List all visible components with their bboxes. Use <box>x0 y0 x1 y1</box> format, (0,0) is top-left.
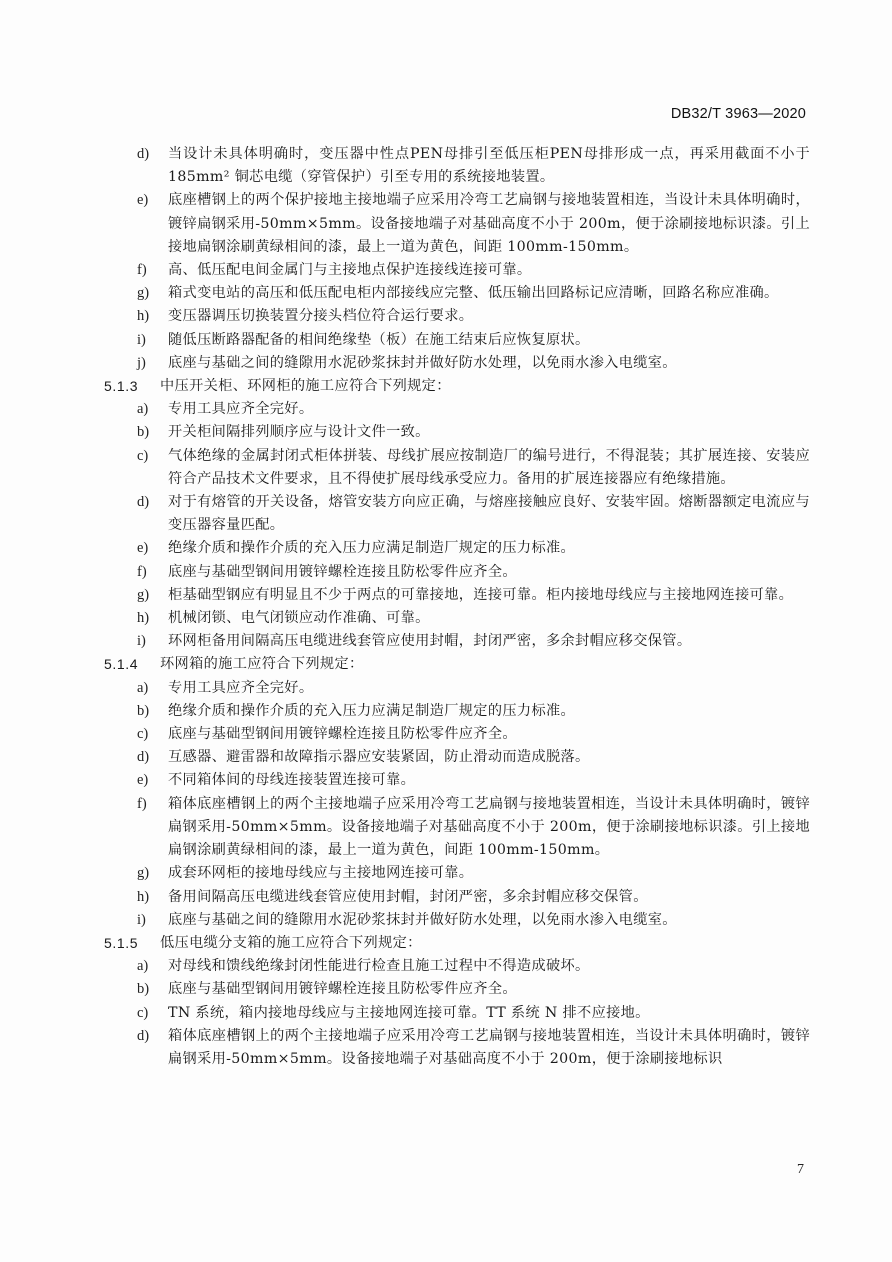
section-title: 低压电缆分支箱的施工应符合下列规定： <box>160 932 810 955</box>
list-item: i)环网柜备用间隔高压电缆进线套管应使用封帽，封闭严密，多余封帽应移交保管。 <box>137 630 810 653</box>
item-text: 对于有熔管的开关设备，熔管安装方向应正确，与熔座接触应良好、安装牢固。熔断器额定… <box>168 491 810 537</box>
list-item: g)箱式变电站的高压和低压配电柜内部接线应完整、低压输出回路标记应清晰，回路名称… <box>137 282 810 305</box>
list-item: c)底座与基础型钢间用镀锌螺栓连接且防松零件应齐全。 <box>137 723 810 746</box>
list-item: c)气体绝缘的金属封闭式柜体拼装、母线扩展应按制造厂的编号进行，不得混装；其扩展… <box>137 445 810 491</box>
list-item: d)对于有熔管的开关设备，熔管安装方向应正确，与熔座接触应良好、安装牢固。熔断器… <box>137 491 810 537</box>
item-label: i) <box>137 630 168 653</box>
item-label: d) <box>137 491 168 537</box>
item-label: c) <box>137 1002 168 1025</box>
item-label: b) <box>137 700 168 723</box>
item-label: f) <box>137 793 168 863</box>
document-page: DB32/T 3963—2020 d)当设计未具体明确时，变压器中性点PEN母排… <box>0 0 892 1262</box>
item-text: 当设计未具体明确时，变压器中性点PEN母排引至低压柜PEN母排形成一点，再采用截… <box>168 143 810 189</box>
list-item: a)专用工具应齐全完好。 <box>137 677 810 700</box>
item-text: 箱体底座槽钢上的两个主接地端子应采用冷弯工艺扁钢与接地装置相连，当设计未具体明确… <box>168 793 810 863</box>
item-text: 环网柜备用间隔高压电缆进线套管应使用封帽，封闭严密，多余封帽应移交保管。 <box>168 630 810 653</box>
list-item: e)底座槽钢上的两个保护接地主接地端子应采用冷弯工艺扁钢与接地装置相连，当设计未… <box>137 189 810 259</box>
item-label: d) <box>137 143 168 189</box>
item-text: 底座与基础之间的缝隙用水泥砂浆抹封并做好防水处理，以免雨水渗入电缆室。 <box>168 352 810 375</box>
item-text: 开关柜间隔排列顺序应与设计文件一致。 <box>168 421 810 444</box>
item-label: h) <box>137 607 168 630</box>
item-label: f) <box>137 561 168 584</box>
list-item: j)底座与基础之间的缝隙用水泥砂浆抹封并做好防水处理，以免雨水渗入电缆室。 <box>137 352 810 375</box>
item-text: 绝缘介质和操作介质的充入压力应满足制造厂规定的压力标准。 <box>168 537 810 560</box>
list-item: i)底座与基础之间的缝隙用水泥砂浆抹封并做好防水处理，以免雨水渗入电缆室。 <box>137 909 810 932</box>
section-number: 5.1.3 <box>104 375 160 398</box>
item-label: g) <box>137 282 168 305</box>
list-item: h)变压器调压切换装置分接头档位符合运行要求。 <box>137 305 810 328</box>
section-heading: 5.1.4环网箱的施工应符合下列规定： <box>104 653 810 676</box>
list-item: g)成套环网柜的接地母线应与主接地网连接可靠。 <box>137 862 810 885</box>
item-label: g) <box>137 584 168 607</box>
list-item: f)底座与基础型钢间用镀锌螺栓连接且防松零件应齐全。 <box>137 561 810 584</box>
item-text: 专用工具应齐全完好。 <box>168 398 810 421</box>
item-label: d) <box>137 746 168 769</box>
list-item: h)机械闭锁、电气闭锁应动作准确、可靠。 <box>137 607 810 630</box>
item-label: e) <box>137 537 168 560</box>
item-text: 变压器调压切换装置分接头档位符合运行要求。 <box>168 305 810 328</box>
list-item: a)专用工具应齐全完好。 <box>137 398 810 421</box>
list-item: a)对母线和馈线绝缘封闭性能进行检查且施工过程中不得造成破坏。 <box>137 955 810 978</box>
item-text: 箱式变电站的高压和低压配电柜内部接线应完整、低压输出回路标记应清晰，回路名称应准… <box>168 282 810 305</box>
item-label: i) <box>137 329 168 352</box>
item-label: j) <box>137 352 168 375</box>
item-text: 机械闭锁、电气闭锁应动作准确、可靠。 <box>168 607 810 630</box>
list-item: c)TN 系统，箱内接地母线应与主接地网连接可靠。TT 系统 N 排不应接地。 <box>137 1002 810 1025</box>
list-item: f)箱体底座槽钢上的两个主接地端子应采用冷弯工艺扁钢与接地装置相连，当设计未具体… <box>137 793 810 863</box>
list-item: d)箱体底座槽钢上的两个主接地端子应采用冷弯工艺扁钢与接地装置相连，当设计未具体… <box>137 1025 810 1071</box>
item-text: 底座与基础型钢间用镀锌螺栓连接且防松零件应齐全。 <box>168 561 810 584</box>
list-item: i)随低压断路器配备的相间绝缘垫（板）在施工结束后应恢复原状。 <box>137 329 810 352</box>
list-item: b)开关柜间隔排列顺序应与设计文件一致。 <box>137 421 810 444</box>
item-text: 对母线和馈线绝缘封闭性能进行检查且施工过程中不得造成破坏。 <box>168 955 810 978</box>
item-text: 互感器、避雷器和故障指示器应安装紧固，防止滑动而造成脱落。 <box>168 746 810 769</box>
item-text: TN 系统，箱内接地母线应与主接地网连接可靠。TT 系统 N 排不应接地。 <box>168 1002 810 1025</box>
item-label: h) <box>137 886 168 909</box>
item-text: 底座槽钢上的两个保护接地主接地端子应采用冷弯工艺扁钢与接地装置相连，当设计未具体… <box>168 189 810 259</box>
item-text: 成套环网柜的接地母线应与主接地网连接可靠。 <box>168 862 810 885</box>
item-label: a) <box>137 398 168 421</box>
item-text: 底座与基础型钢间用镀锌螺栓连接且防松零件应齐全。 <box>168 978 810 1001</box>
item-label: h) <box>137 305 168 328</box>
section-number: 5.1.4 <box>104 653 160 676</box>
item-text: 气体绝缘的金属封闭式柜体拼装、母线扩展应按制造厂的编号进行，不得混装；其扩展连接… <box>168 445 810 491</box>
section-heading: 5.1.3中压开关柜、环网柜的施工应符合下列规定： <box>104 375 810 398</box>
item-label: e) <box>137 189 168 259</box>
list-item: b)底座与基础型钢间用镀锌螺栓连接且防松零件应齐全。 <box>137 978 810 1001</box>
item-text: 备用间隔高压电缆进线套管应使用封帽，封闭严密，多余封帽应移交保管。 <box>168 886 810 909</box>
item-label: e) <box>137 769 168 792</box>
item-label: c) <box>137 445 168 491</box>
item-label: f) <box>137 259 168 282</box>
item-label: c) <box>137 723 168 746</box>
page-number: 7 <box>797 1162 804 1178</box>
list-item: f)高、低压配电间金属门与主接地点保护连接线连接可靠。 <box>137 259 810 282</box>
item-text: 箱体底座槽钢上的两个主接地端子应采用冷弯工艺扁钢与接地装置相连，当设计未具体明确… <box>168 1025 810 1071</box>
list-item: e)不同箱体间的母线连接装置连接可靠。 <box>137 769 810 792</box>
item-label: b) <box>137 421 168 444</box>
item-label: a) <box>137 677 168 700</box>
list-item: d)当设计未具体明确时，变压器中性点PEN母排引至低压柜PEN母排形成一点，再采… <box>137 143 810 189</box>
item-label: b) <box>137 978 168 1001</box>
section-number: 5.1.5 <box>104 932 160 955</box>
item-label: d) <box>137 1025 168 1071</box>
document-body: d)当设计未具体明确时，变压器中性点PEN母排引至低压柜PEN母排形成一点，再采… <box>104 143 810 1071</box>
list-item: g)柜基础型钢应有明显且不少于两点的可靠接地，连接可靠。柜内接地母线应与主接地网… <box>137 584 810 607</box>
item-label: a) <box>137 955 168 978</box>
list-item: e)绝缘介质和操作介质的充入压力应满足制造厂规定的压力标准。 <box>137 537 810 560</box>
item-text: 专用工具应齐全完好。 <box>168 677 810 700</box>
section-heading: 5.1.5低压电缆分支箱的施工应符合下列规定： <box>104 932 810 955</box>
section-title: 中压开关柜、环网柜的施工应符合下列规定： <box>160 375 810 398</box>
item-text: 底座与基础型钢间用镀锌螺栓连接且防松零件应齐全。 <box>168 723 810 746</box>
item-text: 柜基础型钢应有明显且不少于两点的可靠接地，连接可靠。柜内接地母线应与主接地网连接… <box>168 584 810 607</box>
item-text: 绝缘介质和操作介质的充入压力应满足制造厂规定的压力标准。 <box>168 700 810 723</box>
item-label: g) <box>137 862 168 885</box>
list-item: d)互感器、避雷器和故障指示器应安装紧固，防止滑动而造成脱落。 <box>137 746 810 769</box>
item-text: 高、低压配电间金属门与主接地点保护连接线连接可靠。 <box>168 259 810 282</box>
item-text: 不同箱体间的母线连接装置连接可靠。 <box>168 769 810 792</box>
section-title: 环网箱的施工应符合下列规定： <box>160 653 810 676</box>
list-item: h)备用间隔高压电缆进线套管应使用封帽，封闭严密，多余封帽应移交保管。 <box>137 886 810 909</box>
item-text: 随低压断路器配备的相间绝缘垫（板）在施工结束后应恢复原状。 <box>168 329 810 352</box>
list-item: b)绝缘介质和操作介质的充入压力应满足制造厂规定的压力标准。 <box>137 700 810 723</box>
item-label: i) <box>137 909 168 932</box>
item-text: 底座与基础之间的缝隙用水泥砂浆抹封并做好防水处理，以免雨水渗入电缆室。 <box>168 909 810 932</box>
standard-code: DB32/T 3963—2020 <box>671 106 806 122</box>
